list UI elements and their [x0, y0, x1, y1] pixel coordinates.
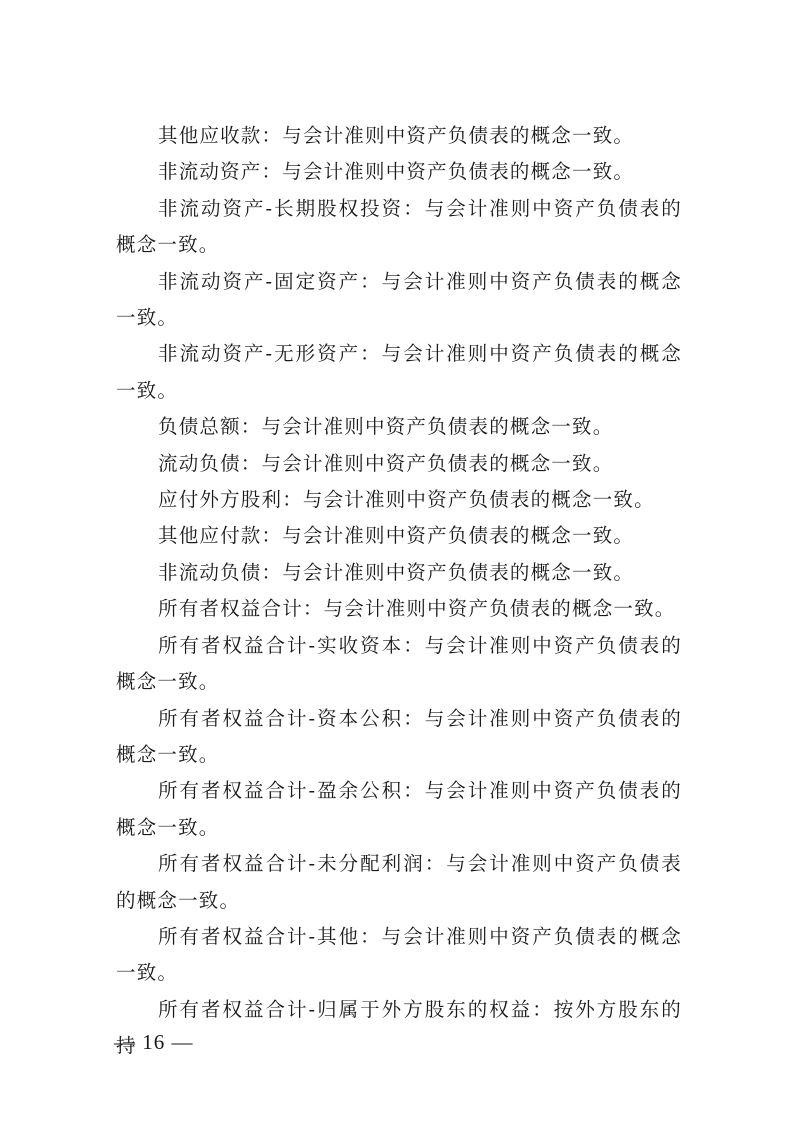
paragraph-total-owners-equity: 所有者权益合计：与会计准则中资产负债表的概念一致。: [116, 591, 682, 627]
document-body: 其他应收款：与会计准则中资产负债表的概念一致。 非流动资产：与会计准则中资产负债…: [116, 118, 682, 1065]
paragraph-dividends-payable-foreign: 应付外方股利：与会计准则中资产负债表的概念一致。: [116, 482, 682, 518]
paragraph-surplus-reserve: 所有者权益合计-盈余公积：与会计准则中资产负债表的概念一致。: [116, 773, 682, 846]
page-number: — 16 —: [114, 1030, 194, 1055]
paragraph-equity-foreign-shareholders: 所有者权益合计-归属于外方股东的权益：按外方股东的持: [116, 992, 682, 1065]
paragraph-non-current-assets: 非流动资产：与会计准则中资产负债表的概念一致。: [116, 154, 682, 190]
paragraph-intangible-assets: 非流动资产-无形资产：与会计准则中资产负债表的概念一致。: [116, 336, 682, 409]
paragraph-undistributed-profit: 所有者权益合计-未分配利润：与会计准则中资产负债表的概念一致。: [116, 846, 682, 919]
paragraph-total-liabilities: 负债总额：与会计准则中资产负债表的概念一致。: [116, 409, 682, 445]
paragraph-capital-reserve: 所有者权益合计-资本公积：与会计准则中资产负债表的概念一致。: [116, 701, 682, 774]
paragraph-other-receivables: 其他应收款：与会计准则中资产负债表的概念一致。: [116, 118, 682, 154]
paragraph-other-payables: 其他应付款：与会计准则中资产负债表的概念一致。: [116, 518, 682, 554]
paragraph-current-liabilities: 流动负债：与会计准则中资产负债表的概念一致。: [116, 446, 682, 482]
paragraph-equity-other: 所有者权益合计-其他：与会计准则中资产负债表的概念一致。: [116, 919, 682, 992]
paragraph-long-term-equity-investment: 非流动资产-长期股权投资：与会计准则中资产负债表的概念一致。: [116, 191, 682, 264]
paragraph-paid-in-capital: 所有者权益合计-实收资本：与会计准则中资产负债表的概念一致。: [116, 628, 682, 701]
paragraph-non-current-liabilities: 非流动负债：与会计准则中资产负债表的概念一致。: [116, 555, 682, 591]
paragraph-fixed-assets: 非流动资产-固定资产：与会计准则中资产负债表的概念一致。: [116, 264, 682, 337]
